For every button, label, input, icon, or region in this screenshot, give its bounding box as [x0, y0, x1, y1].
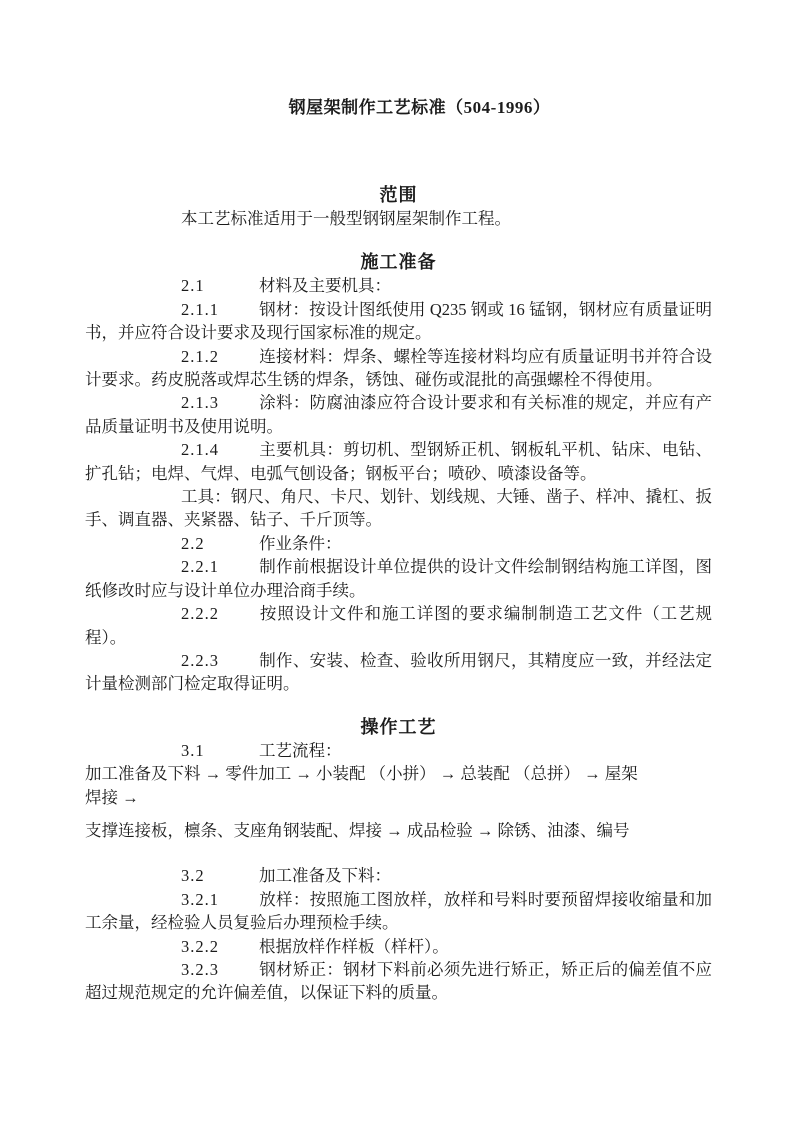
clause-number: 3.2.2 — [181, 935, 259, 958]
clause-number: 2.1.3 — [181, 391, 259, 414]
document-page: 钢屋架制作工艺标准（504-1996） 范围 本工艺标准适用于一般型钢钢屋架制作… — [0, 0, 794, 1123]
flow-line-1-cont: 焊接 → — [85, 786, 712, 809]
flow-line-2: 支撑连接板，檩条、支座角钢装配、焊接 → 成品检验 → 除锈、油漆、编号 — [85, 819, 712, 842]
clause-number: 2.2.3 — [181, 649, 259, 672]
clause-text: 工艺流程： — [259, 741, 342, 760]
clause-3-1: 3.1工艺流程： — [85, 739, 712, 762]
clause-text: 放样：按照施工图放样，放样和号料时要预留焊接收缩量和加工余量，经检验人员复验后办… — [85, 890, 712, 932]
clause-3-2-2: 3.2.2根据放样作样板（样杆）。 — [85, 935, 712, 958]
paragraph-tools: 工具：钢尺、角尺、卡尺、划针、划线规、大锤、凿子、样冲、撬杠、扳手、调直器、夹紧… — [85, 485, 712, 532]
section-scope: 范围 本工艺标准适用于一般型钢钢屋架制作工程。 — [85, 183, 712, 230]
clause-text: 钢材矫正：钢材下料前必须先进行矫正，矫正后的偏差值不应超过规范规定的允许偏差值，… — [85, 960, 712, 1002]
clause-number: 2.2.2 — [181, 602, 259, 625]
clause-2-2-3: 2.2.3制作、安装、检查、验收所用钢尺，其精度应一致，并经法定计量检测部门检定… — [85, 649, 712, 696]
clause-number: 2.2.1 — [181, 555, 259, 578]
clause-number: 2.1.4 — [181, 438, 259, 461]
clause-text: 制作、安装、检查、验收所用钢尺，其精度应一致，并经法定计量检测部门检定取得证明。 — [85, 651, 712, 693]
clause-2-1-3: 2.1.3涂料：防腐油漆应符合设计要求和有关标准的规定，并应有产品质量证明书及使… — [85, 391, 712, 438]
clause-3-2: 3.2加工准备及下料： — [85, 864, 712, 887]
clause-3-2-3: 3.2.3钢材矫正：钢材下料前必须先进行矫正，矫正后的偏差值不应超过规范规定的允… — [85, 958, 712, 1005]
section-preparation: 施工准备 2.1材料及主要机具： 2.1.1钢材：按设计图纸使用 Q235 钢或… — [85, 250, 712, 695]
clause-number: 2.1 — [181, 274, 259, 297]
paragraph-scope-intro: 本工艺标准适用于一般型钢钢屋架制作工程。 — [85, 207, 712, 230]
clause-text: 加工准备及下料： — [259, 866, 391, 885]
document-content: 钢屋架制作工艺标准（504-1996） 范围 本工艺标准适用于一般型钢钢屋架制作… — [0, 97, 794, 1005]
clause-2-1-2: 2.1.2连接材料：焊条、螺栓等连接材料均应有质量证明书并符合设计要求。药皮脱落… — [85, 345, 712, 392]
clause-number: 3.2.1 — [181, 888, 259, 911]
clause-number: 2.1.2 — [181, 345, 259, 368]
flow-line-1: 加工准备及下料 → 零件加工 → 小装配 （小拼） → 总装配 （总拼） → 屋… — [85, 762, 712, 785]
clause-text: 作业条件： — [259, 534, 342, 553]
section-heading-operation: 操作工艺 — [85, 715, 712, 739]
clause-text: 连接材料：焊条、螺栓等连接材料均应有质量证明书并符合设计要求。药皮脱落或焊芯生锈… — [85, 347, 712, 389]
section-heading-preparation: 施工准备 — [85, 250, 712, 274]
clause-text: 涂料：防腐油漆应符合设计要求和有关标准的规定，并应有产品质量证明书及使用说明。 — [85, 393, 712, 435]
section-operation: 操作工艺 3.1工艺流程： 加工准备及下料 → 零件加工 → 小装配 （小拼） … — [85, 715, 712, 1005]
clause-text: 主要机具：剪切机、型钢矫正机、钢板轧平机、钻床、电钻、扩孔钻；电焊、气焊、电弧气… — [85, 440, 712, 482]
clause-text: 钢材：按设计图纸使用 Q235 钢或 16 锰钢，钢材应有质量证明书，并应符合设… — [85, 300, 712, 342]
clause-text: 制作前根据设计单位提供的设计文件绘制钢结构施工详图，图纸修改时应与设计单位办理洽… — [85, 557, 712, 599]
clause-number: 3.1 — [181, 739, 259, 762]
clause-2-2-1: 2.2.1制作前根据设计单位提供的设计文件绘制钢结构施工详图，图纸修改时应与设计… — [85, 555, 712, 602]
clause-number: 2.1.1 — [181, 298, 259, 321]
clause-number: 3.2 — [181, 864, 259, 887]
section-heading-scope: 范围 — [85, 183, 712, 207]
clause-3-2-1: 3.2.1放样：按照施工图放样，放样和号料时要预留焊接收缩量和加工余量，经检验人… — [85, 888, 712, 935]
clause-2-2: 2.2作业条件： — [85, 532, 712, 555]
clause-number: 2.2 — [181, 532, 259, 555]
clause-2-2-2: 2.2.2按照设计文件和施工详图的要求编制制造工艺文件（工艺规程）。 — [85, 602, 712, 649]
clause-2-1-1: 2.1.1钢材：按设计图纸使用 Q235 钢或 16 锰钢，钢材应有质量证明书，… — [85, 298, 712, 345]
clause-text: 材料及主要机具： — [259, 276, 391, 295]
clause-text: 根据放样作样板（样杆）。 — [259, 937, 449, 956]
clause-2-1-4: 2.1.4主要机具：剪切机、型钢矫正机、钢板轧平机、钻床、电钻、扩孔钻；电焊、气… — [85, 438, 712, 485]
document-title: 钢屋架制作工艺标准（504-1996） — [106, 97, 733, 119]
clause-number: 3.2.3 — [181, 958, 259, 981]
clause-text: 按照设计文件和施工详图的要求编制制造工艺文件（工艺规程）。 — [85, 604, 712, 646]
clause-2-1: 2.1材料及主要机具： — [85, 274, 712, 297]
